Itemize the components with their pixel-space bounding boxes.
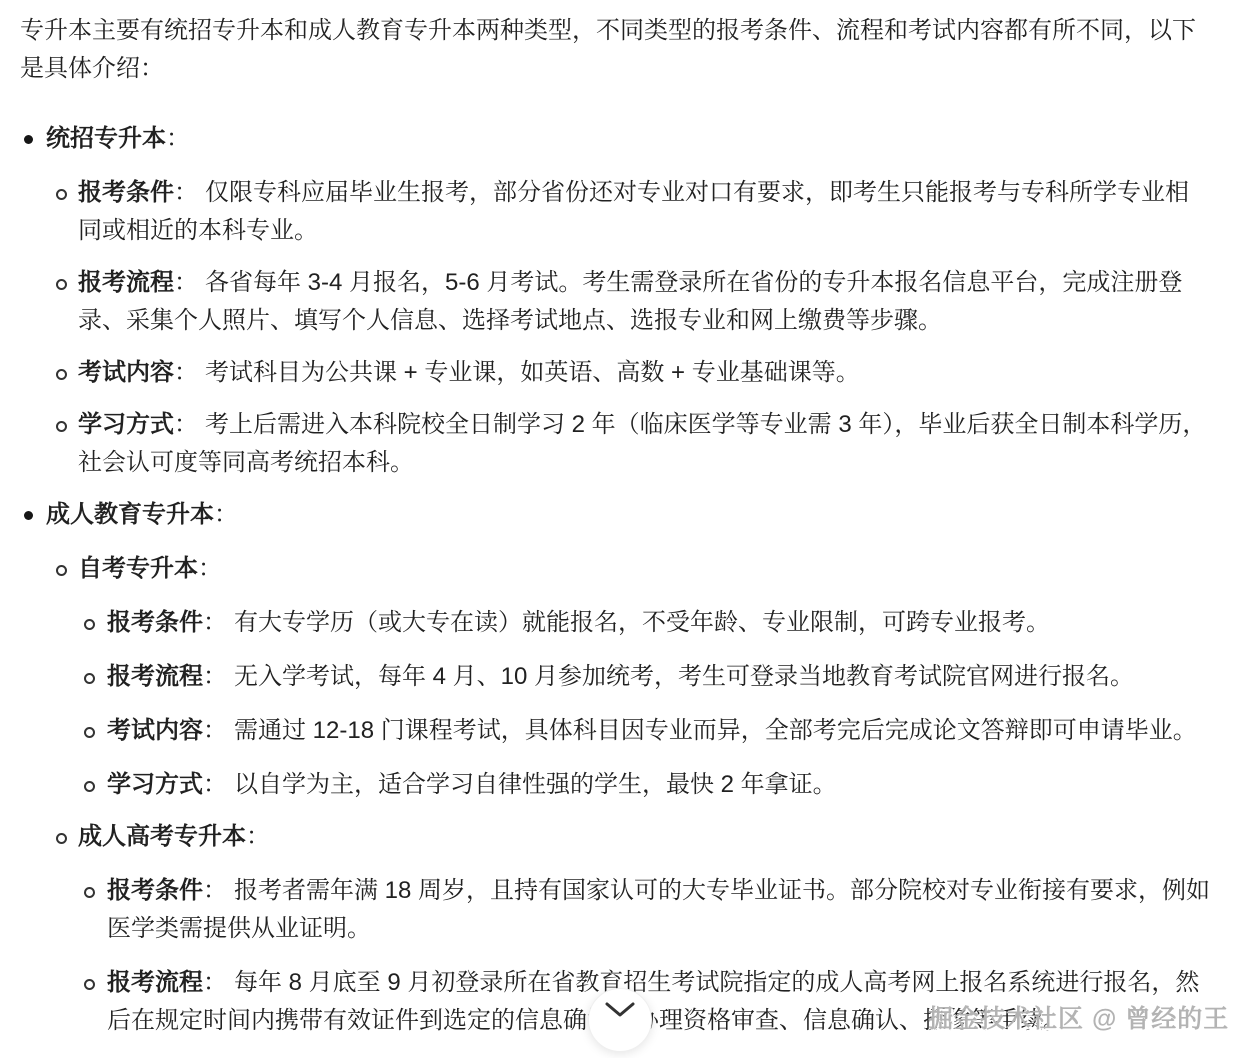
list-item: 报考流程：无入学考试，每年 4 月、10 月参加统考，考生可登录当地教育考试院官… [78, 658, 1211, 696]
item-text: 报考者需年满 18 周岁，且持有国家认可的大专毕业证书。部分院校对专业衔接有要求… [107, 877, 1210, 942]
bullet-circle-icon [56, 189, 67, 200]
colon: ： [174, 411, 198, 438]
item-label: 考试内容 [78, 359, 174, 386]
section-title: 统招专升本 [46, 125, 166, 152]
item-text: 有大专学历（或大专在读）就能报名，不受年龄、专业限制，可跨专业报考。 [234, 609, 1050, 636]
item-label: 报考流程 [78, 269, 174, 296]
scroll-to-bottom-button[interactable] [588, 988, 652, 1052]
list-item: 报考流程：各省每年 3-4 月报名，5-6 月考试。考生需登录所在省份的专升本报… [46, 264, 1211, 340]
list-item: 考试内容：需通过 12-18 门课程考试，具体科目因专业而异，全部考完后完成论文… [78, 712, 1211, 750]
item-label: 考试内容 [107, 717, 203, 744]
item-text: 无入学考试，每年 4 月、10 月参加统考，考生可登录当地教育考试院官网进行报名… [234, 663, 1134, 690]
colon: ： [203, 717, 227, 744]
section-title: 成人教育专升本 [46, 501, 214, 528]
subsection-title: 成人高考专升本 [78, 823, 246, 850]
chevron-down-icon [604, 1001, 636, 1018]
item-label: 报考条件 [107, 877, 203, 904]
item-text: 需通过 12-18 门课程考试，具体科目因专业而异，全部考完后完成论文答辩即可申… [234, 717, 1197, 744]
item-label: 报考流程 [107, 663, 203, 690]
colon: ： [203, 609, 227, 636]
bullet-circle-icon [84, 979, 95, 990]
bullet-circle-icon [84, 781, 95, 792]
list-item: 报考条件：有大专学历（或大专在读）就能报名，不受年龄、专业限制，可跨专业报考。 [78, 604, 1211, 642]
bullet-circle-icon [56, 279, 67, 290]
item-label: 报考条件 [78, 179, 174, 206]
watermark: 掘金技术社区 @ 曾经的王 [928, 1000, 1229, 1038]
bullet-dot-icon [24, 511, 33, 520]
colon: ： [203, 969, 227, 996]
intro-paragraph: 专升本主要有统招专升本和成人教育专升本两种类型，不同类型的报考条件、流程和考试内… [20, 12, 1211, 88]
item-text: 考上后需进入本科院校全日制学习 2 年（临床医学等专业需 3 年），毕业后获全日… [78, 411, 1206, 476]
bullet-circle-icon [56, 833, 67, 844]
tongzhao-detail-list: 报考条件：仅限专科应届毕业生报考，部分省份还对专业对口有要求，即考生只能报考与专… [46, 174, 1211, 482]
list-item: 学习方式：以自学为主，适合学习自律性强的学生，最快 2 年拿证。 [78, 766, 1211, 804]
colon: ： [203, 663, 227, 690]
chengren-sublist: 自考专升本： 报考条件：有大专学历（或大专在读）就能报名，不受年龄、专业限制，可… [46, 550, 1211, 1040]
item-text: 以自学为主，适合学习自律性强的学生，最快 2 年拿证。 [234, 771, 837, 798]
subsection-title: 自考专升本 [78, 555, 198, 582]
list-item: 报考条件：仅限专科应届毕业生报考，部分省份还对专业对口有要求，即考生只能报考与专… [46, 174, 1211, 250]
bullet-circle-icon [84, 887, 95, 898]
item-label: 报考条件 [107, 609, 203, 636]
colon: ： [166, 125, 190, 152]
item-label: 学习方式 [78, 411, 174, 438]
colon: ： [174, 359, 198, 386]
item-label: 学习方式 [107, 771, 203, 798]
zikao-detail-list: 报考条件：有大专学历（或大专在读）就能报名，不受年龄、专业限制，可跨专业报考。 … [78, 604, 1211, 804]
bullet-circle-icon [84, 673, 95, 684]
colon: ： [203, 877, 227, 904]
list-item-chengren: 成人教育专升本： 自考专升本： 报考条件：有大专学历（或大专在读）就能报名，不受… [20, 496, 1211, 1040]
item-label: 报考流程 [107, 969, 203, 996]
item-text: 考试科目为公共课 + 专业课，如英语、高数 + 专业基础课等。 [205, 359, 860, 386]
colon: ： [174, 179, 198, 206]
list-item-tongzhao: 统招专升本： 报考条件：仅限专科应届毕业生报考，部分省份还对专业对口有要求，即考… [20, 120, 1211, 482]
item-text: 各省每年 3-4 月报名，5-6 月考试。考生需登录所在省份的专升本报名信息平台… [78, 269, 1182, 334]
colon: ： [246, 823, 270, 850]
list-item-zikao: 自考专升本： 报考条件：有大专学历（或大专在读）就能报名，不受年龄、专业限制，可… [46, 550, 1211, 804]
list-item: 报考条件：报考者需年满 18 周岁，且持有国家认可的大专毕业证书。部分院校对专业… [78, 872, 1211, 948]
bullet-circle-icon [56, 369, 67, 380]
bullet-circle-icon [84, 727, 95, 738]
bullet-circle-icon [56, 421, 67, 432]
bullet-circle-icon [56, 565, 67, 576]
chat-response-body: 专升本主要有统招专升本和成人教育专升本两种类型，不同类型的报考条件、流程和考试内… [0, 0, 1247, 1058]
colon: ： [198, 555, 222, 582]
colon: ： [214, 501, 238, 528]
colon: ： [174, 269, 198, 296]
colon: ： [203, 771, 227, 798]
list-item: 学习方式：考上后需进入本科院校全日制学习 2 年（临床医学等专业需 3 年），毕… [46, 406, 1211, 482]
bullet-dot-icon [24, 135, 33, 144]
item-text: 仅限专科应届毕业生报考，部分省份还对专业对口有要求，即考生只能报考与专科所学专业… [78, 179, 1189, 244]
list-item: 考试内容：考试科目为公共课 + 专业课，如英语、高数 + 专业基础课等。 [46, 354, 1211, 392]
bullet-circle-icon [84, 619, 95, 630]
type-list: 统招专升本： 报考条件：仅限专科应届毕业生报考，部分省份还对专业对口有要求，即考… [20, 120, 1211, 1040]
